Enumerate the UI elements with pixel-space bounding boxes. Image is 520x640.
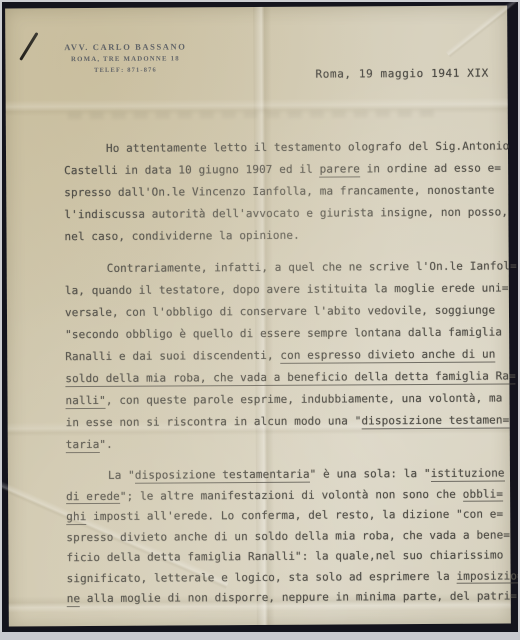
typewritten-line: taria". (66, 432, 486, 457)
faded-erased-text (68, 110, 438, 119)
letter-body: Ho attentamente letto il testamento olog… (64, 136, 487, 610)
underlined-text-segment: soldo della mia roba, che vada a benefic… (65, 369, 516, 386)
typewritten-line: versale, con l'obbligo di conservare l'a… (65, 300, 485, 325)
underlined-text-segment: obbli= (463, 487, 503, 502)
typewritten-line: nel caso, condividerne la opinione. (64, 224, 484, 249)
letter-page: AVV. CARLO BASSANO ROMA, TRE MADONNE 18 … (5, 5, 511, 626)
text-segment: "; le altre manifestazioni di volontà no… (120, 487, 463, 502)
typewritten-line: ghi imposti all'erede. Lo conferma, del … (66, 505, 486, 528)
text-segment: Contrariamente, infatti, a quel che ne s… (107, 259, 517, 275)
date-line: Roma, 19 maggio 1941 XIX (315, 67, 488, 81)
text-segment: nel caso, condividerne la opinione. (64, 229, 299, 243)
text-segment: Ho attentamente letto il testamento olog… (106, 139, 509, 154)
diagonal-crease (446, 2, 518, 58)
paragraph: Ho attentamente letto il testamento olog… (64, 136, 485, 249)
typewritten-line: "secondo obbligo è quello di essere semp… (65, 322, 485, 347)
letterhead-phone: TELEF: 871-876 (57, 66, 193, 74)
pen-slash-mark (19, 32, 38, 61)
underlined-text-segment: istituzione (431, 466, 505, 481)
typewritten-line: la, quando il testatore, dopo avere isti… (65, 278, 485, 303)
typewritten-line: Contrariamente, infatti, a quel che ne s… (65, 256, 485, 281)
typewritten-line: significato, letterale e logico, sta sol… (67, 566, 487, 589)
typewritten-line: l'indiscussa autorità dell'avvocato e gi… (64, 202, 484, 227)
text-segment: Ranalli e dai suoi discendenti, (65, 349, 280, 363)
background-strip (0, 632, 520, 640)
underlined-text-segment: di erede (66, 489, 120, 504)
typewritten-line: spresso divieto anche di un soldo della … (66, 525, 486, 548)
typewritten-line: soldo della mia roba, che vada a benefic… (65, 366, 485, 391)
text-segment: spresso dall'On.le Vincenzo Ianfolla, ma… (64, 184, 494, 200)
text-segment: " è una sola: la " (310, 467, 431, 481)
typewritten-line: Ranalli e dai suoi discendenti, con espr… (65, 344, 485, 369)
underlined-text-segment: con espresso divieto anche di un (280, 348, 495, 364)
typewritten-line: di erede"; le altre manifestazioni di vo… (66, 484, 486, 507)
paragraph: Contrariamente, infatti, a quel che ne s… (65, 256, 486, 457)
text-segment: , con queste parole esprime, indubbiamen… (106, 392, 503, 407)
text-segment: imposti all'erede. Lo conferma, del rest… (86, 508, 503, 524)
typewritten-line: in esse non si riscontra in alcun modo u… (66, 410, 486, 435)
underlined-text-segment: disposizione testamentaria (135, 468, 310, 484)
text-segment: spresso divieto anche di un soldo della … (66, 528, 510, 544)
text-segment: in ordine ad esso e= (360, 162, 501, 176)
letterhead-name: AVV. CARLO BASSANO (57, 41, 193, 52)
underlined-text-segment: imposizio= (456, 569, 518, 584)
photo-dark-frame: AVV. CARLO BASSANO ROMA, TRE MADONNE 18 … (2, 2, 518, 632)
underlined-text-segment: disposizione testamen= (361, 413, 509, 428)
text-segment: la, quando il testatore, dopo avere isti… (65, 281, 509, 297)
text-segment: significato, letterale e logico, sta sol… (67, 569, 457, 584)
letterhead: AVV. CARLO BASSANO ROMA, TRE MADONNE 18 … (57, 41, 193, 74)
text-segment: Castelli in data 10 giugno 1907 ed il (64, 163, 320, 178)
typewritten-line: ne alla moglie di non disporre, neppure … (67, 587, 487, 610)
underlined-text-segment: ghi (66, 510, 86, 525)
typewritten-line: ficio della detta famiglia Ranalli": la … (66, 546, 486, 569)
text-segment: alla moglie di non disporre, neppure in … (80, 589, 517, 605)
text-segment: La " (108, 469, 135, 482)
underlined-text-segment: ne (67, 592, 81, 607)
letterhead-address: ROMA, TRE MADONNE 18 (57, 55, 193, 63)
underlined-text-segment: nalli" (65, 394, 105, 409)
text-segment: versale, con l'obbligo di conservare l'a… (65, 304, 495, 320)
text-segment: ficio della detta famiglia Ranalli": la … (66, 549, 503, 565)
photo-of-letter: { "letterhead": { "line1": "AVV. CARLO B… (0, 0, 520, 640)
text-segment: in esse non si riscontra in alcun modo u… (66, 414, 362, 429)
text-segment: ". (99, 438, 113, 451)
typewritten-line: nalli", con queste parole esprime, indub… (65, 388, 485, 413)
typewritten-line: Castelli in data 10 giugno 1907 ed il pa… (64, 158, 484, 183)
underlined-text-segment: taria (66, 438, 100, 453)
paragraph: La "disposizione testamentaria" è una so… (66, 464, 487, 610)
typewritten-line: spresso dall'On.le Vincenzo Ianfolla, ma… (64, 180, 484, 205)
typewritten-line: Ho attentamente letto il testamento olog… (64, 136, 484, 161)
underlined-text-segment: parere (320, 162, 360, 177)
text-segment: "secondo obbligo è quello di essere semp… (65, 326, 502, 342)
text-segment: l'indiscussa autorità dell'avvocato e gi… (64, 205, 508, 221)
typewritten-line: La "disposizione testamentaria" è una so… (66, 464, 486, 487)
